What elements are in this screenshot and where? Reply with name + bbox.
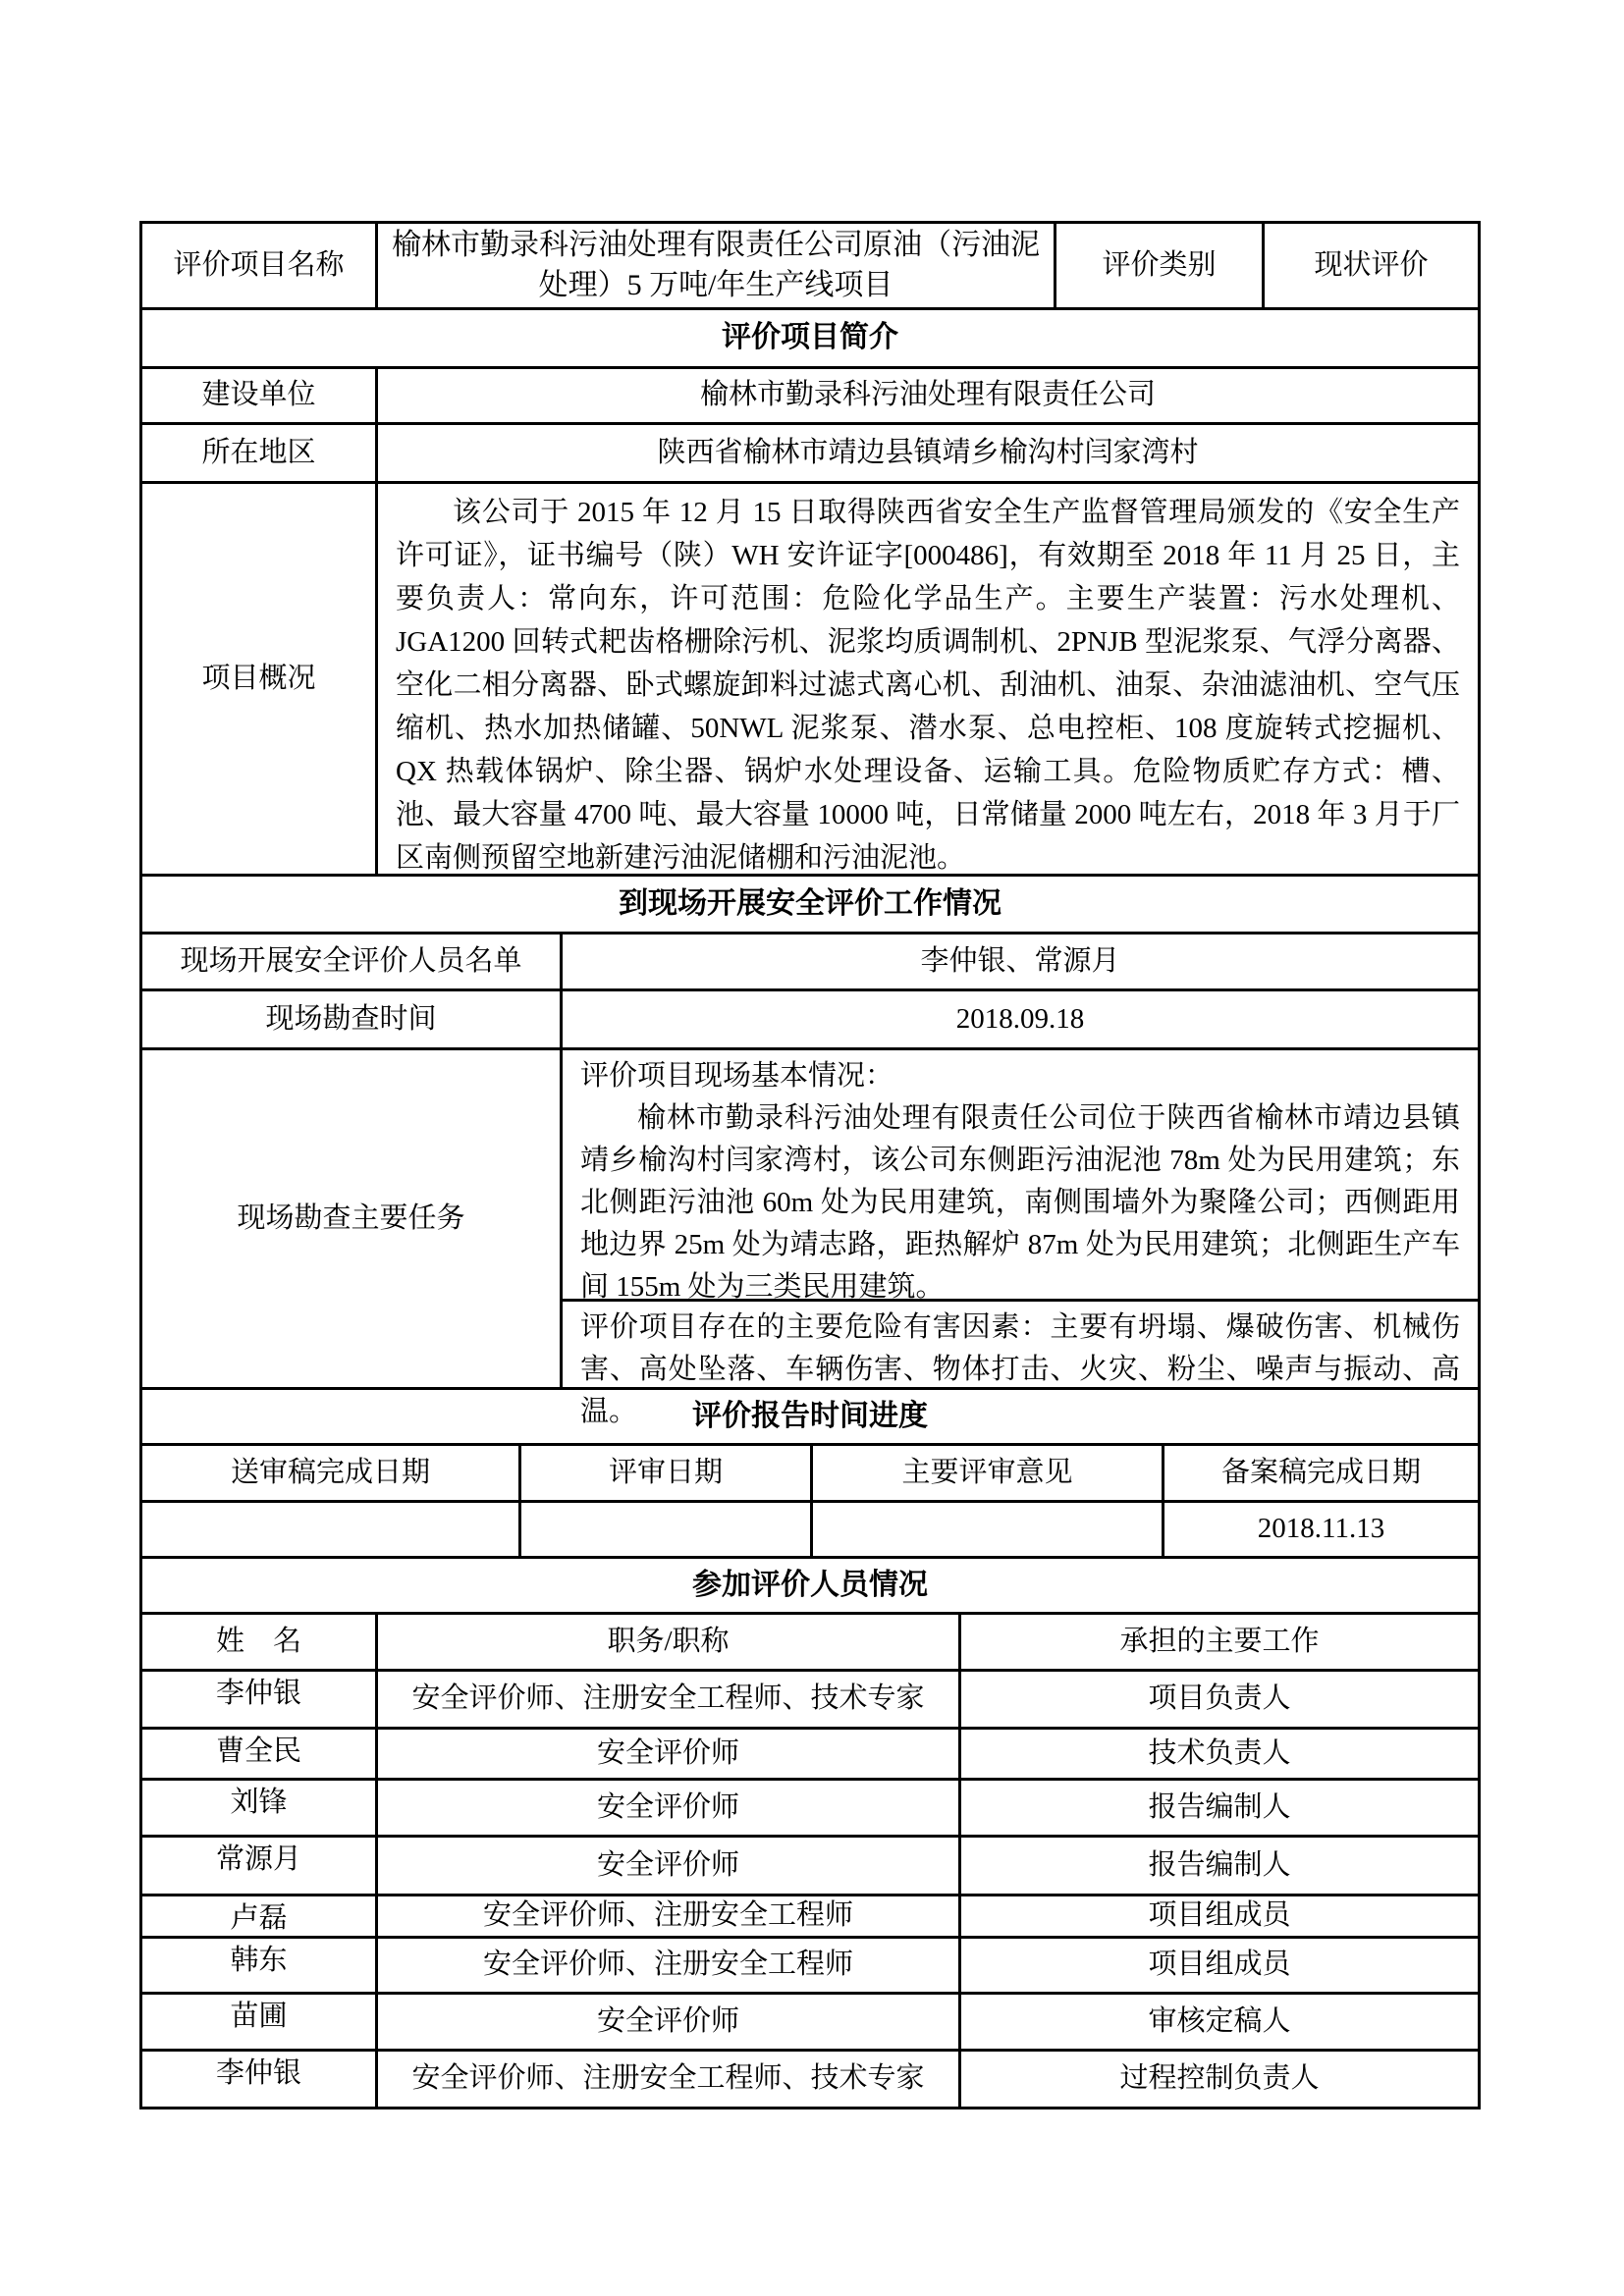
schedule-col-final-date: 备案稿完成日期	[1164, 1446, 1478, 1500]
table-row-participant-8: 李仲银 安全评价师、注册安全工程师、技术专家 过程控制负责人	[142, 2052, 1478, 2107]
participant-name: 李仲银	[142, 2052, 378, 2107]
schedule-value-review-date	[521, 1503, 813, 1556]
evaluation-summary-table: 评价项目名称 榆林市勤录科污油处理有限责任公司原油（污油泥处理）5 万吨/年生产…	[139, 221, 1481, 2109]
participant-title: 安全评价师、注册安全工程师	[378, 1896, 961, 1936]
schedule-value-review-opinion	[813, 1503, 1164, 1556]
table-row-participants-columns: 姓 名 职务/职称 承担的主要工作	[142, 1615, 1478, 1672]
participants-col-title: 职务/职称	[378, 1615, 961, 1669]
survey-tasks-intro: 评价项目现场基本情况：	[580, 1055, 1460, 1097]
survey-tasks-situation: 评价项目现场基本情况： 榆林市勤录科污油处理有限责任公司位于陕西省榆林市靖边县镇…	[563, 1050, 1478, 1302]
survey-tasks-body: 榆林市勤录科污油处理有限责任公司位于陕西省榆林市靖边县镇靖乡榆沟村闫家湾村，该公…	[580, 1097, 1460, 1308]
builder-value: 榆林市勤录科污油处理有限责任公司	[378, 369, 1478, 422]
participant-name: 常源月	[142, 1838, 378, 1894]
participant-role: 审核定稿人	[961, 1995, 1478, 2049]
table-row-survey-tasks: 现场勘查主要任务 评价项目现场基本情况： 榆林市勤录科污油处理有限责任公司位于陕…	[142, 1050, 1478, 1390]
location-value: 陕西省榆林市靖边县镇靖乡榆沟村闫家湾村	[378, 425, 1478, 481]
participant-name: 刘锋	[142, 1781, 378, 1835]
participants-col-role: 承担的主要工作	[961, 1615, 1478, 1669]
table-row-schedule-values: 2018.11.13	[142, 1503, 1478, 1559]
document-page: 评价项目名称 榆林市勤录科污油处理有限责任公司原油（污油泥处理）5 万吨/年生产…	[0, 0, 1624, 2296]
overview-text: 该公司于 2015 年 12 月 15 日取得陕西省安全生产监督管理局颁发的《安…	[378, 484, 1478, 874]
participants-section-title: 参加评价人员情况	[142, 1559, 1478, 1612]
participant-title: 安全评价师	[378, 1730, 961, 1778]
table-row-participant-5: 卢磊 安全评价师、注册安全工程师 项目组成员	[142, 1896, 1478, 1939]
category-label: 评价类别	[1056, 224, 1265, 307]
table-row-participant-3: 刘锋 安全评价师 报告编制人	[142, 1781, 1478, 1838]
schedule-value-draft-date	[142, 1503, 521, 1556]
participant-role: 项目组成员	[961, 1896, 1478, 1936]
participant-role: 技术负责人	[961, 1730, 1478, 1778]
participant-title: 安全评价师、注册安全工程师	[378, 1939, 961, 1992]
table-row-project-name: 评价项目名称 榆林市勤录科污油处理有限责任公司原油（污油泥处理）5 万吨/年生产…	[142, 224, 1478, 310]
location-label: 所在地区	[142, 425, 378, 481]
table-row-schedule-columns: 送审稿完成日期 评审日期 主要评审意见 备案稿完成日期	[142, 1446, 1478, 1503]
participant-name: 苗圃	[142, 1995, 378, 2049]
site-section-title: 到现场开展安全评价工作情况	[142, 877, 1478, 932]
schedule-col-draft-date: 送审稿完成日期	[142, 1446, 521, 1500]
survey-date-value: 2018.09.18	[563, 991, 1478, 1047]
table-row-intro-header: 评价项目简介	[142, 310, 1478, 369]
table-row-participant-6: 韩东 安全评价师、注册安全工程师 项目组成员	[142, 1939, 1478, 1995]
table-row-overview: 项目概况 该公司于 2015 年 12 月 15 日取得陕西省安全生产监督管理局…	[142, 484, 1478, 877]
schedule-col-review-date: 评审日期	[521, 1446, 813, 1500]
schedule-section-title: 评价报告时间进度	[142, 1390, 1478, 1443]
participants-col-name: 姓 名	[142, 1615, 378, 1669]
schedule-value-final-date: 2018.11.13	[1164, 1503, 1478, 1556]
table-row-participant-4: 常源月 安全评价师 报告编制人	[142, 1838, 1478, 1896]
schedule-col-review-opinion: 主要评审意见	[813, 1446, 1164, 1500]
participant-role: 报告编制人	[961, 1781, 1478, 1835]
intro-section-title: 评价项目简介	[142, 310, 1478, 366]
project-name-value: 榆林市勤录科污油处理有限责任公司原油（污油泥处理）5 万吨/年生产线项目	[378, 224, 1056, 307]
table-row-schedule-header: 评价报告时间进度	[142, 1390, 1478, 1446]
table-row-location: 所在地区 陕西省榆林市靖边县镇靖乡榆沟村闫家湾村	[142, 425, 1478, 484]
category-value: 现状评价	[1265, 224, 1478, 307]
table-row-participant-2: 曹全民 安全评价师 技术负责人	[142, 1730, 1478, 1781]
builder-label: 建设单位	[142, 369, 378, 422]
participant-title: 安全评价师、注册安全工程师、技术专家	[378, 2052, 961, 2107]
table-row-builder: 建设单位 榆林市勤录科污油处理有限责任公司	[142, 369, 1478, 425]
participant-name: 韩东	[142, 1939, 378, 1992]
table-row-participant-7: 苗圃 安全评价师 审核定稿人	[142, 1995, 1478, 2052]
participant-role: 报告编制人	[961, 1838, 1478, 1894]
staff-label: 现场开展安全评价人员名单	[142, 934, 563, 988]
participant-role: 项目负责人	[961, 1672, 1478, 1727]
participant-name: 曹全民	[142, 1730, 378, 1778]
overview-label: 项目概况	[142, 484, 378, 874]
participant-title: 安全评价师、注册安全工程师、技术专家	[378, 1672, 961, 1727]
table-row-participant-1: 李仲银 安全评价师、注册安全工程师、技术专家 项目负责人	[142, 1672, 1478, 1730]
participant-name: 李仲银	[142, 1672, 378, 1727]
participant-role: 过程控制负责人	[961, 2052, 1478, 2107]
participant-name: 卢磊	[142, 1896, 378, 1936]
project-name-label: 评价项目名称	[142, 224, 378, 307]
table-row-staff: 现场开展安全评价人员名单 李仲银、常源月	[142, 934, 1478, 991]
survey-tasks-label: 现场勘查主要任务	[142, 1050, 563, 1387]
survey-tasks-content: 评价项目现场基本情况： 榆林市勤录科污油处理有限责任公司位于陕西省榆林市靖边县镇…	[563, 1050, 1478, 1387]
participant-title: 安全评价师	[378, 1995, 961, 2049]
survey-date-label: 现场勘查时间	[142, 991, 563, 1047]
table-row-participants-header: 参加评价人员情况	[142, 1559, 1478, 1615]
participant-title: 安全评价师	[378, 1838, 961, 1894]
participant-title: 安全评价师	[378, 1781, 961, 1835]
table-row-survey-date: 现场勘查时间 2018.09.18	[142, 991, 1478, 1050]
table-row-site-header: 到现场开展安全评价工作情况	[142, 877, 1478, 934]
participant-role: 项目组成员	[961, 1939, 1478, 1992]
staff-value: 李仲银、常源月	[563, 934, 1478, 988]
